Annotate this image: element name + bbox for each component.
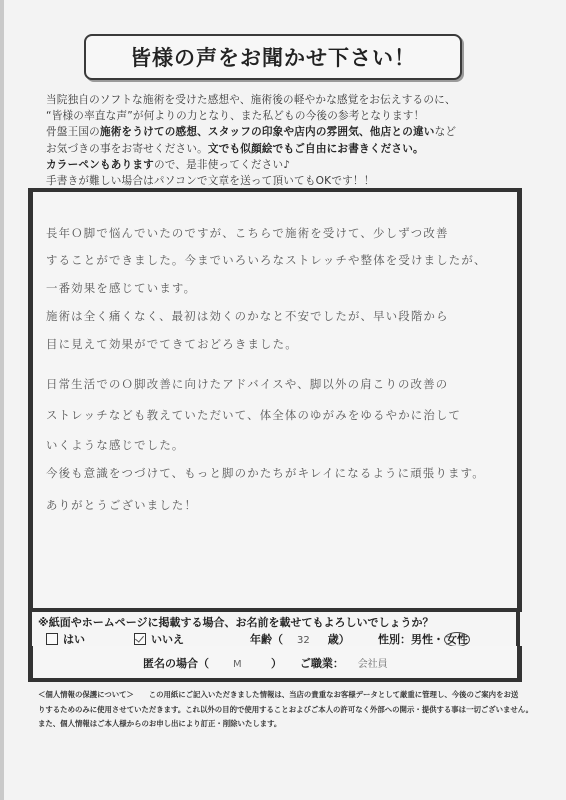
- intro-line-5: カラーペンもありますので、是非使ってください♪: [46, 157, 526, 173]
- privacy-notice: ＜個人情報の保護について＞ この用紙にご記入いただきました情報は、当店の貴重なお…: [38, 688, 538, 732]
- intro-line-3-prefix: 骨盤王国の: [46, 126, 100, 138]
- anonymous-section: 匿名の場合（M） ご職業： 会社員: [28, 646, 522, 682]
- scan-edge-shadow: [0, 0, 4, 800]
- consent-yes-option[interactable]: はい: [46, 631, 85, 647]
- gender-separator: ・: [433, 633, 444, 646]
- comment-line: 施術は全く痛くなく、最初は効くのかなと不安でしたが、早い段階から: [46, 308, 449, 324]
- intro-line-3-bold: 施術をうけての感想、スタッフの印象や店内の雰囲気、他店との違い: [100, 126, 435, 138]
- consent-options-row: はい いいえ 年齢（32歳） 性別：男性・女性: [38, 631, 508, 647]
- comment-line: 長年Ｏ脚で悩んでいたのですが、こちらで施術を受けて、少しずつ改善: [46, 225, 449, 241]
- comment-line: 目に見えて効果がでてきておどろきました。: [46, 336, 298, 352]
- occupation-label: ご職業：: [300, 657, 344, 670]
- no-checkbox[interactable]: [134, 633, 146, 645]
- gender-female-option[interactable]: 女性: [444, 632, 470, 647]
- gender-male-option[interactable]: 男性: [411, 633, 433, 646]
- anonymous-close: ）: [271, 657, 282, 670]
- comment-line: いくような感じでした。: [46, 437, 185, 453]
- age-suffix: 歳）: [328, 633, 350, 646]
- yes-label: はい: [63, 631, 85, 647]
- intro-line-4-bold: 文でも似顔絵でもご自由にお書きください。: [208, 143, 424, 155]
- comment-line: 一番効果を感じています。: [46, 280, 196, 296]
- intro-line-4-prefix: お気づきの事をお寄せください。: [46, 143, 208, 155]
- anonymous-name-value: M: [233, 659, 242, 670]
- survey-sheet: 皆様の声をお聞かせ下さい！ 当院独自のソフトな施術を受けた感想や、施術後の軽やか…: [0, 0, 566, 800]
- page-title: 皆様の声をお聞かせ下さい！: [130, 42, 416, 72]
- intro-line-4: お気づきの事をお寄せください。文でも似顔絵でもご自由にお書きください。: [46, 141, 526, 157]
- intro-line-5-bold: カラーペンもあります: [46, 159, 154, 171]
- age-label: 年齢（: [250, 633, 283, 646]
- age-value: 32: [297, 635, 310, 646]
- yes-checkbox[interactable]: [46, 633, 58, 645]
- consent-question: ※紙面やホームページに掲載する場合、お名前を載せてもよろしいでしょうか？: [38, 614, 433, 630]
- comment-line: ストレッチなども教えていただいて、体全体のゆがみをゆるやかに治して: [46, 407, 461, 423]
- comment-line: 今後も意識をつづけて、もっと脚のかたちがキレイになるように頑張ります。: [46, 465, 485, 481]
- comment-line: ありがとうございました！: [46, 497, 197, 513]
- comment-line: 日常生活でのＯ脚改善に向けたアドバイスや、脚以外の肩こりの改善の: [46, 376, 448, 392]
- intro-line-5-suffix: ので、是非使ってください♪: [154, 159, 290, 171]
- intro-line-6: 手書きが難しい場合はパソコンで文章を送って頂いてもOKです！！: [46, 173, 526, 189]
- privacy-line-3: また、個人情報はご本人様からのお申し出により訂正・削除いたします。: [38, 717, 538, 732]
- intro-line-1: 当院独自のソフトな施術を受けた感想や、施術後の軽やかな感覚をお伝えするのに、: [46, 92, 526, 108]
- anonymous-name-field[interactable]: M: [209, 657, 271, 670]
- anonymous-label: 匿名の場合（: [143, 657, 209, 670]
- comment-line: することができました。今までいろいろなストレッチや整体を受けましたが、: [46, 252, 487, 268]
- anonymous-row: 匿名の場合（M） ご職業： 会社員: [143, 655, 388, 671]
- gender-label: 性別：: [378, 633, 411, 646]
- intro-line-2: “皆様の率直な声”が何よりの力となり、また私どもの今後の参考となります！: [46, 108, 526, 124]
- intro-line-3-suffix: など: [435, 126, 457, 138]
- no-label: いいえ: [151, 631, 184, 647]
- privacy-line-1: ＜個人情報の保護について＞ この用紙にご記入いただきました情報は、当店の貴重なお…: [38, 688, 538, 703]
- gender-field: 性別：男性・女性: [378, 631, 470, 647]
- age-field[interactable]: 年齢（32歳）: [250, 631, 350, 647]
- intro-line-3: 骨盤王国の施術をうけての感想、スタッフの印象や店内の雰囲気、他店との違いなど: [46, 124, 526, 140]
- privacy-line-2: りするためのみに使用させていただきます。これ以外の目的で使用することおよびご本人…: [38, 703, 538, 718]
- intro-text: 当院独自のソフトな施術を受けた感想や、施術後の軽やかな感覚をお伝えするのに、 “…: [46, 92, 526, 189]
- title-banner: 皆様の声をお聞かせ下さい！: [84, 34, 462, 80]
- consent-no-option[interactable]: いいえ: [134, 631, 184, 647]
- occupation-value[interactable]: 会社員: [358, 659, 388, 670]
